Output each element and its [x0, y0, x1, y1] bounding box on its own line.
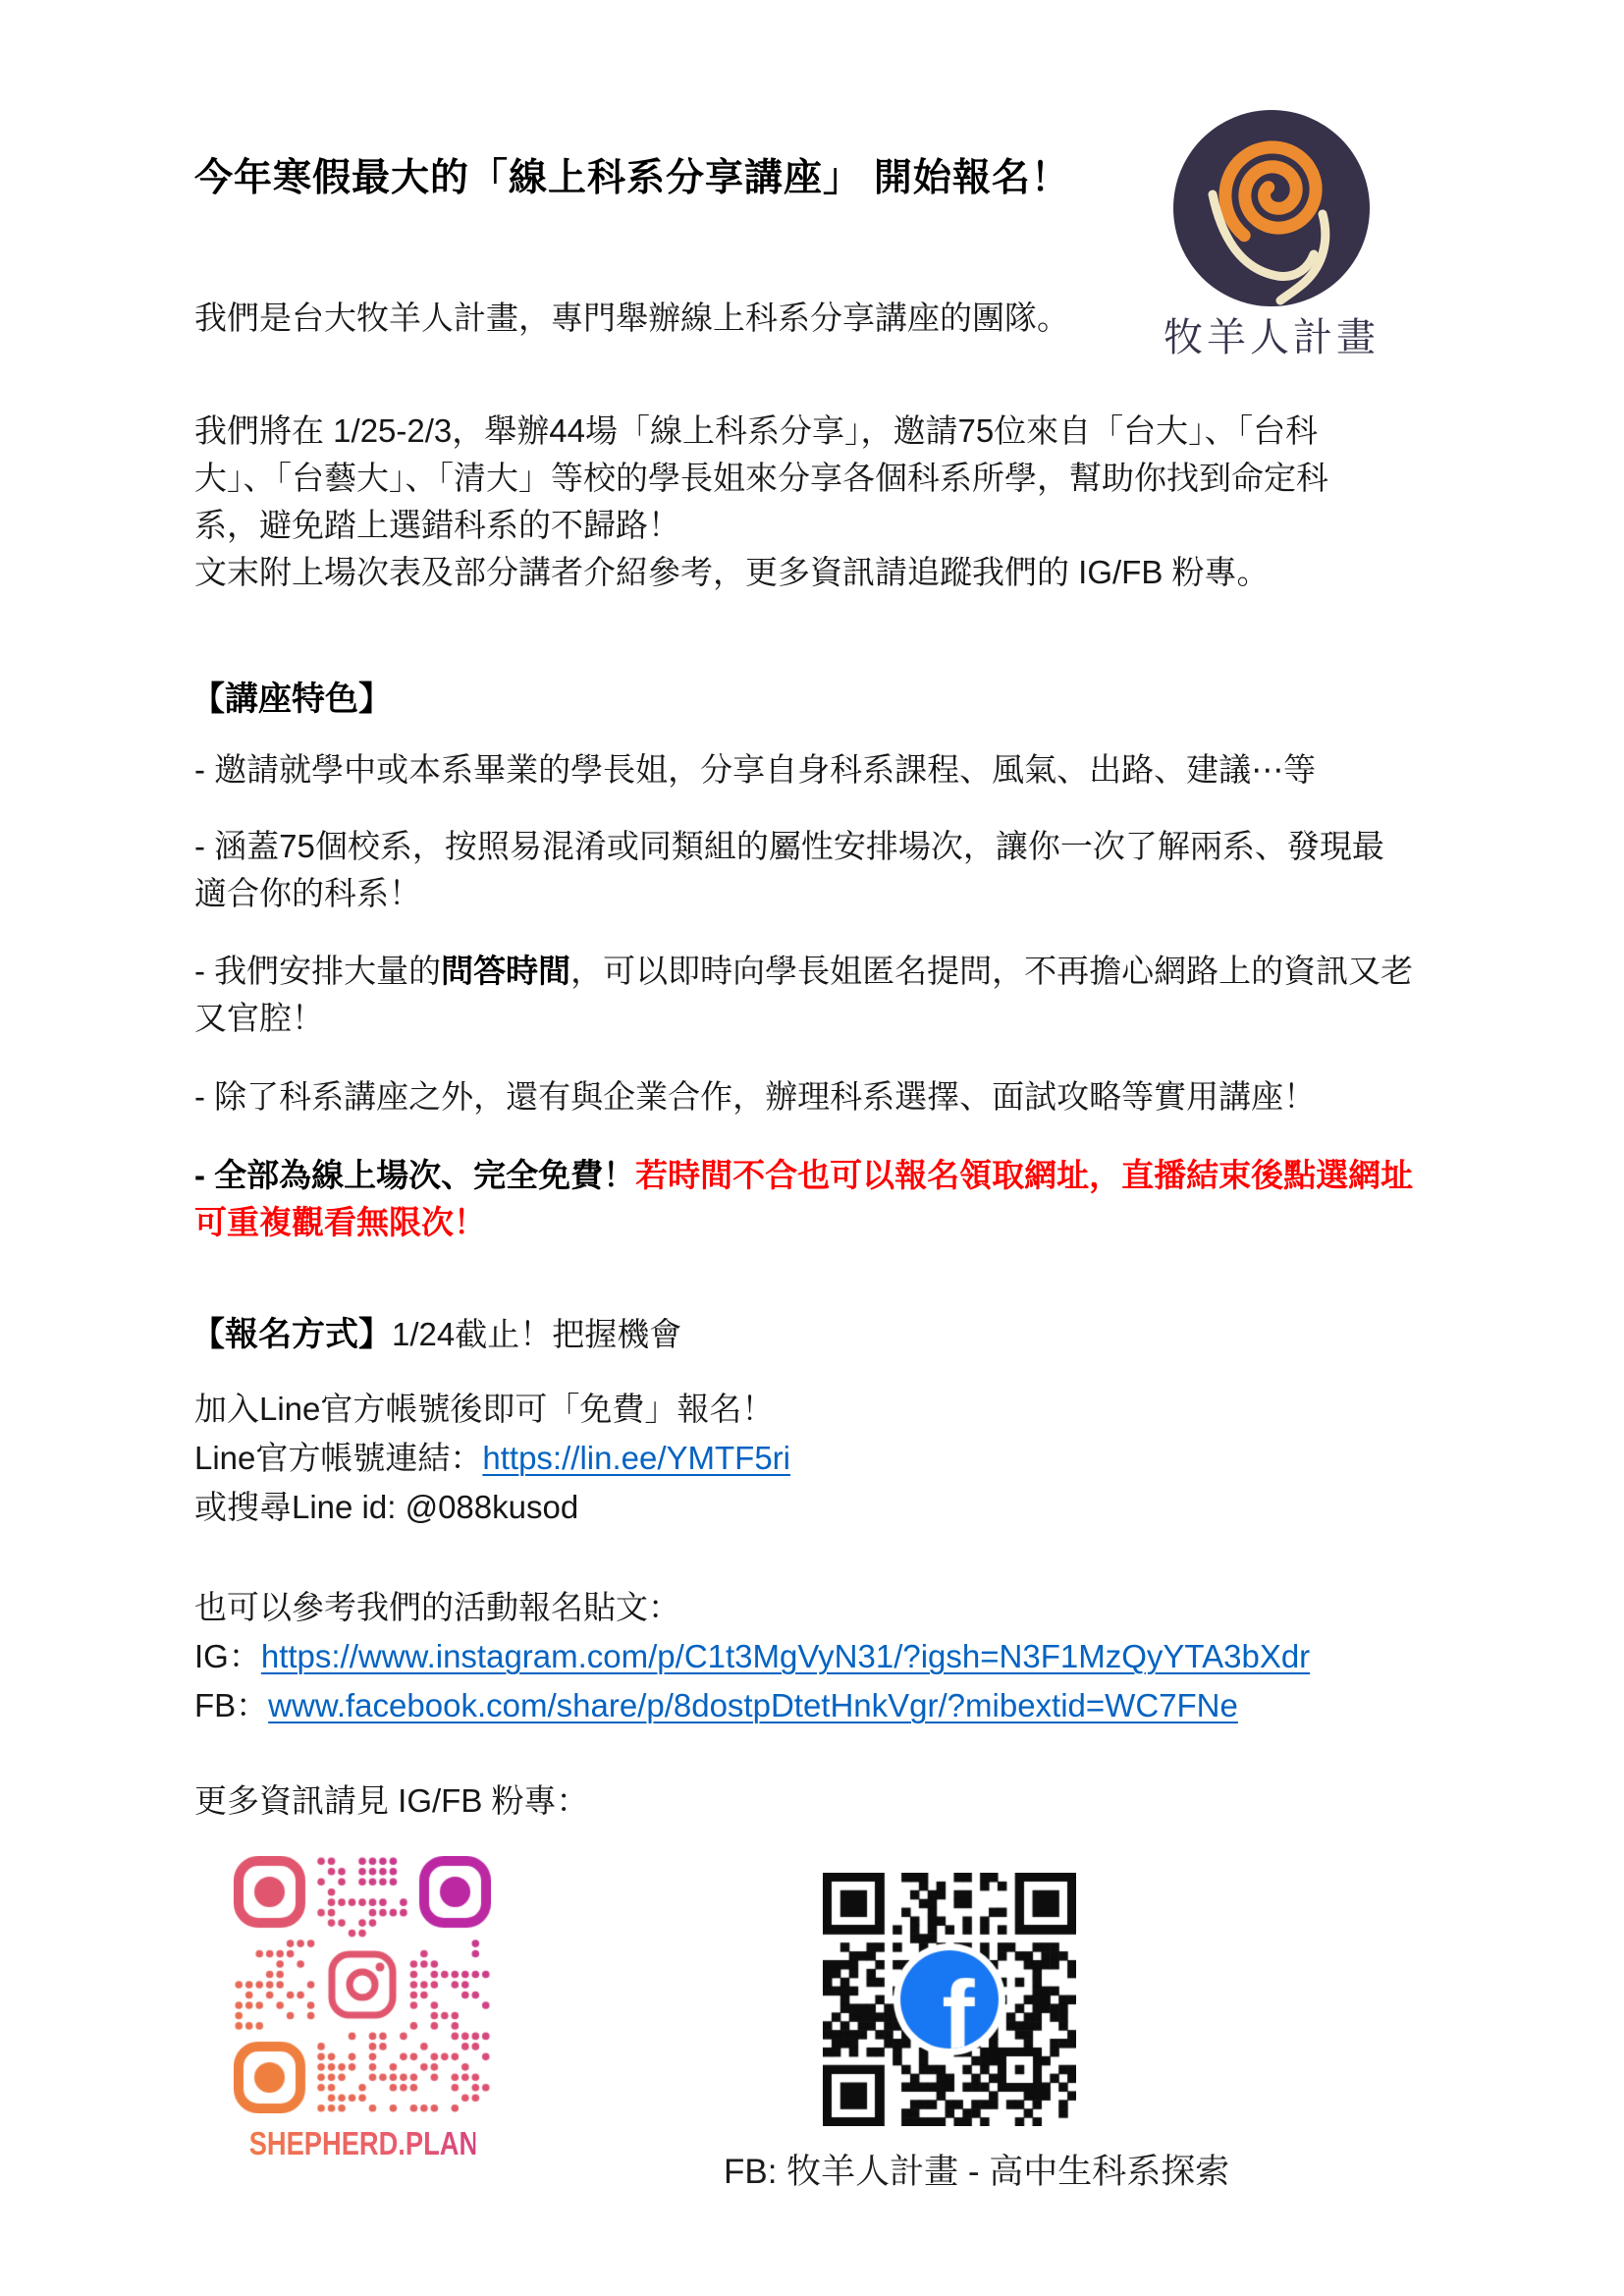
- bullet-3-emphasis: 問答時間: [441, 953, 570, 989]
- ram-spiral-icon: [1173, 110, 1370, 306]
- feature-bullet-2-line1: - 涵蓋75個校系，按照易混淆或同類組的屬性安排場次，讓你一次了解兩系、發現最: [194, 823, 1384, 870]
- line-link-label: Line官方帳號連結：: [194, 1440, 482, 1476]
- feature-bullet-3: - 我們安排大量的問答時間，可以即時向學長姐匿名提問，不再擔心網路上的資訊又老 …: [194, 948, 1413, 1042]
- feature-bullet-1: - 邀請就學中或本系畢業的學長姐，分享自身科系課程、風氣、出路、建議⋯等: [194, 746, 1316, 793]
- about-paragraph: 我們將在 1/25-2/3，舉辦44場「線上科系分享」，邀請75位來自「台大」、…: [194, 408, 1328, 596]
- shepherd-plan-logo: 牧羊人計畫: [1164, 110, 1380, 359]
- bullet-3-pre: - 我們安排大量的: [194, 953, 441, 989]
- feature-bullet-2: - 涵蓋75個校系，按照易混淆或同類組的屬性安排場次，讓你一次了解兩系、發現最 …: [194, 823, 1384, 917]
- fb-post-line: FB：www.facebook.com/share/p/8dostpDtetHn…: [194, 1681, 1310, 1730]
- page-title: 今年寒假最大的「線上科系分享講座」 開始報名！: [194, 155, 1070, 202]
- line-join-text: 加入Line官方帳號後即可「免費」報名！: [194, 1385, 790, 1434]
- ig-label: IG：: [194, 1638, 261, 1674]
- bullet-5-alert-text: 若時間不合也可以報名領取網址，直播結束後點選網址: [635, 1157, 1413, 1193]
- instagram-qr-code: [234, 1856, 491, 2113]
- signup-deadline: 1/24截止！把握機會: [392, 1316, 681, 1352]
- bullet-5-free-text: - 全部為線上場次、完全免費！: [194, 1157, 635, 1193]
- about-line: 文末附上場次表及部分講者介紹參考，更多資訊請追蹤我們的 IG/FB 粉專。: [194, 549, 1328, 596]
- bullet-3-post: ，可以即時向學長姐匿名提問，不再擔心網路上的資訊又老: [570, 953, 1413, 989]
- flyer-page: 今年寒假最大的「線上科系分享講座」 開始報名！ 牧羊人計畫 我們是台大牧羊人計畫…: [0, 0, 1624, 2296]
- features-heading: 【講座特色】: [191, 676, 392, 723]
- intro-paragraph: 我們是台大牧羊人計畫，專門舉辦線上科系分享講座的團隊。: [194, 295, 1069, 342]
- facebook-caption: FB: 牧羊人計畫 - 高中生科系探索: [724, 2153, 1229, 2192]
- facebook-qr-code: [823, 1873, 1076, 2126]
- about-line: 我們將在 1/25-2/3，舉辦44場「線上科系分享」，邀請75位來自「台大」、…: [194, 408, 1328, 455]
- signup-heading-line: 【報名方式】1/24截止！把握機會: [191, 1311, 681, 1358]
- feature-bullet-5-line2: 可重複觀看無限次！: [194, 1199, 1413, 1246]
- fb-label: FB：: [194, 1687, 268, 1723]
- feature-bullet-5-line1: - 全部為線上場次、完全免費！若時間不合也可以報名領取網址，直播結束後點選網址: [194, 1152, 1413, 1199]
- signup-heading: 【報名方式】: [191, 1316, 392, 1353]
- about-line: 系，避免踏上選錯科系的不歸路！: [194, 502, 1328, 549]
- feature-bullet-3-line2: 又官腔！: [194, 995, 1413, 1042]
- posts-intro: 也可以參考我們的活動報名貼文：: [194, 1583, 1310, 1632]
- line-account-link[interactable]: https://lin.ee/YMTF5ri: [482, 1440, 790, 1476]
- posts-block: 也可以參考我們的活動報名貼文： IG：https://www.instagram…: [194, 1583, 1310, 1730]
- instagram-handle-label: SHEPHERD.PLAN: [249, 2126, 476, 2162]
- more-info-line: 更多資訊請見 IG/FB 粉專：: [194, 1777, 589, 1825]
- facebook-post-link[interactable]: www.facebook.com/share/p/8dostpDtetHnkVg…: [268, 1687, 1238, 1723]
- feature-bullet-3-line1: - 我們安排大量的問答時間，可以即時向學長姐匿名提問，不再擔心網路上的資訊又老: [194, 948, 1413, 995]
- feature-bullet-2-line2: 適合你的科系！: [194, 870, 1384, 917]
- instagram-post-link[interactable]: https://www.instagram.com/p/C1t3MgVyN31/…: [261, 1638, 1310, 1674]
- line-id-text: 或搜尋Line id: @088kusod: [194, 1483, 790, 1532]
- line-signup-block: 加入Line官方帳號後即可「免費」報名！ Line官方帳號連結：https://…: [194, 1385, 790, 1532]
- feature-bullet-5: - 全部為線上場次、完全免費！若時間不合也可以報名領取網址，直播結束後點選網址 …: [194, 1152, 1413, 1246]
- feature-bullet-4: - 除了科系講座之外，還有與企業合作，辦理科系選擇、面試攻略等實用講座！: [194, 1073, 1316, 1121]
- about-line: 大」、「台藝大」、「清大」等校的學長姐來分享各個科系所學，幫助你找到命定科: [194, 455, 1328, 502]
- line-link-line: Line官方帳號連結：https://lin.ee/YMTF5ri: [194, 1434, 790, 1483]
- ig-post-line: IG：https://www.instagram.com/p/C1t3MgVyN…: [194, 1632, 1310, 1681]
- logo-wordmark: 牧羊人計畫: [1164, 316, 1380, 359]
